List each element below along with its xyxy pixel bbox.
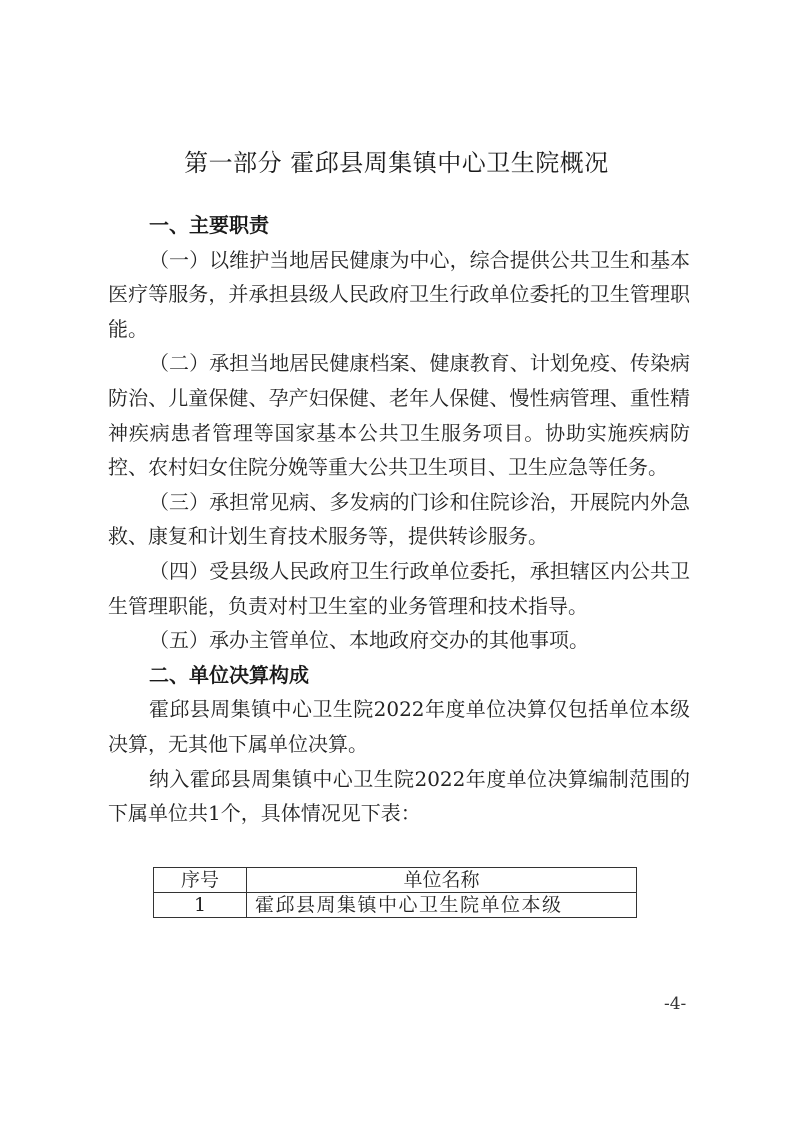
section-heading-composition: 二、单位决算构成 [108, 658, 690, 693]
paragraph-duty-5: （五）承办主管单位、本地政府交办的其他事项。 [108, 623, 690, 658]
table-header-index: 序号 [154, 868, 247, 893]
paragraph-duty-3: （三）承担常见病、多发病的门诊和住院诊治，开展院内外急救、康复和计划生育技术服务… [108, 485, 690, 554]
paragraph-duty-2: （二）承担当地居民健康档案、健康教育、计划免疫、传染病防治、儿童保健、孕产妇保健… [108, 346, 690, 484]
table-header-row: 序号 单位名称 [154, 868, 637, 893]
page-number: -4- [664, 994, 686, 1014]
table-cell-unit-name: 霍邱县周集镇中心卫生院单位本级 [247, 893, 637, 918]
subordinate-units-table: 序号 单位名称 1 霍邱县周集镇中心卫生院单位本级 [153, 867, 637, 918]
table-header-unit-name: 单位名称 [247, 868, 637, 893]
table-cell-index: 1 [154, 893, 247, 918]
section-heading-duties: 一、主要职责 [108, 208, 690, 243]
document-page: 第一部分 霍邱县周集镇中心卫生院概况 一、主要职责 （一）以维护当地居民健康为中… [0, 0, 793, 1122]
paragraph-composition-2: 纳入霍邱县周集镇中心卫生院2022年度单位决算编制范围的下属单位共1个，具体情况… [108, 762, 690, 831]
paragraph-duty-1: （一）以维护当地居民健康为中心，综合提供公共卫生和基本医疗等服务，并承担县级人民… [108, 243, 690, 347]
document-body: 一、主要职责 （一）以维护当地居民健康为中心，综合提供公共卫生和基本医疗等服务，… [108, 208, 690, 831]
table-row: 1 霍邱县周集镇中心卫生院单位本级 [154, 893, 637, 918]
paragraph-duty-4: （四）受县级人民政府卫生行政单位委托，承担辖区内公共卫生管理职能，负责对村卫生室… [108, 554, 690, 623]
paragraph-composition-1: 霍邱县周集镇中心卫生院2022年度单位决算仅包括单位本级决算，无其他下属单位决算… [108, 692, 690, 761]
page-title: 第一部分 霍邱县周集镇中心卫生院概况 [0, 146, 793, 180]
